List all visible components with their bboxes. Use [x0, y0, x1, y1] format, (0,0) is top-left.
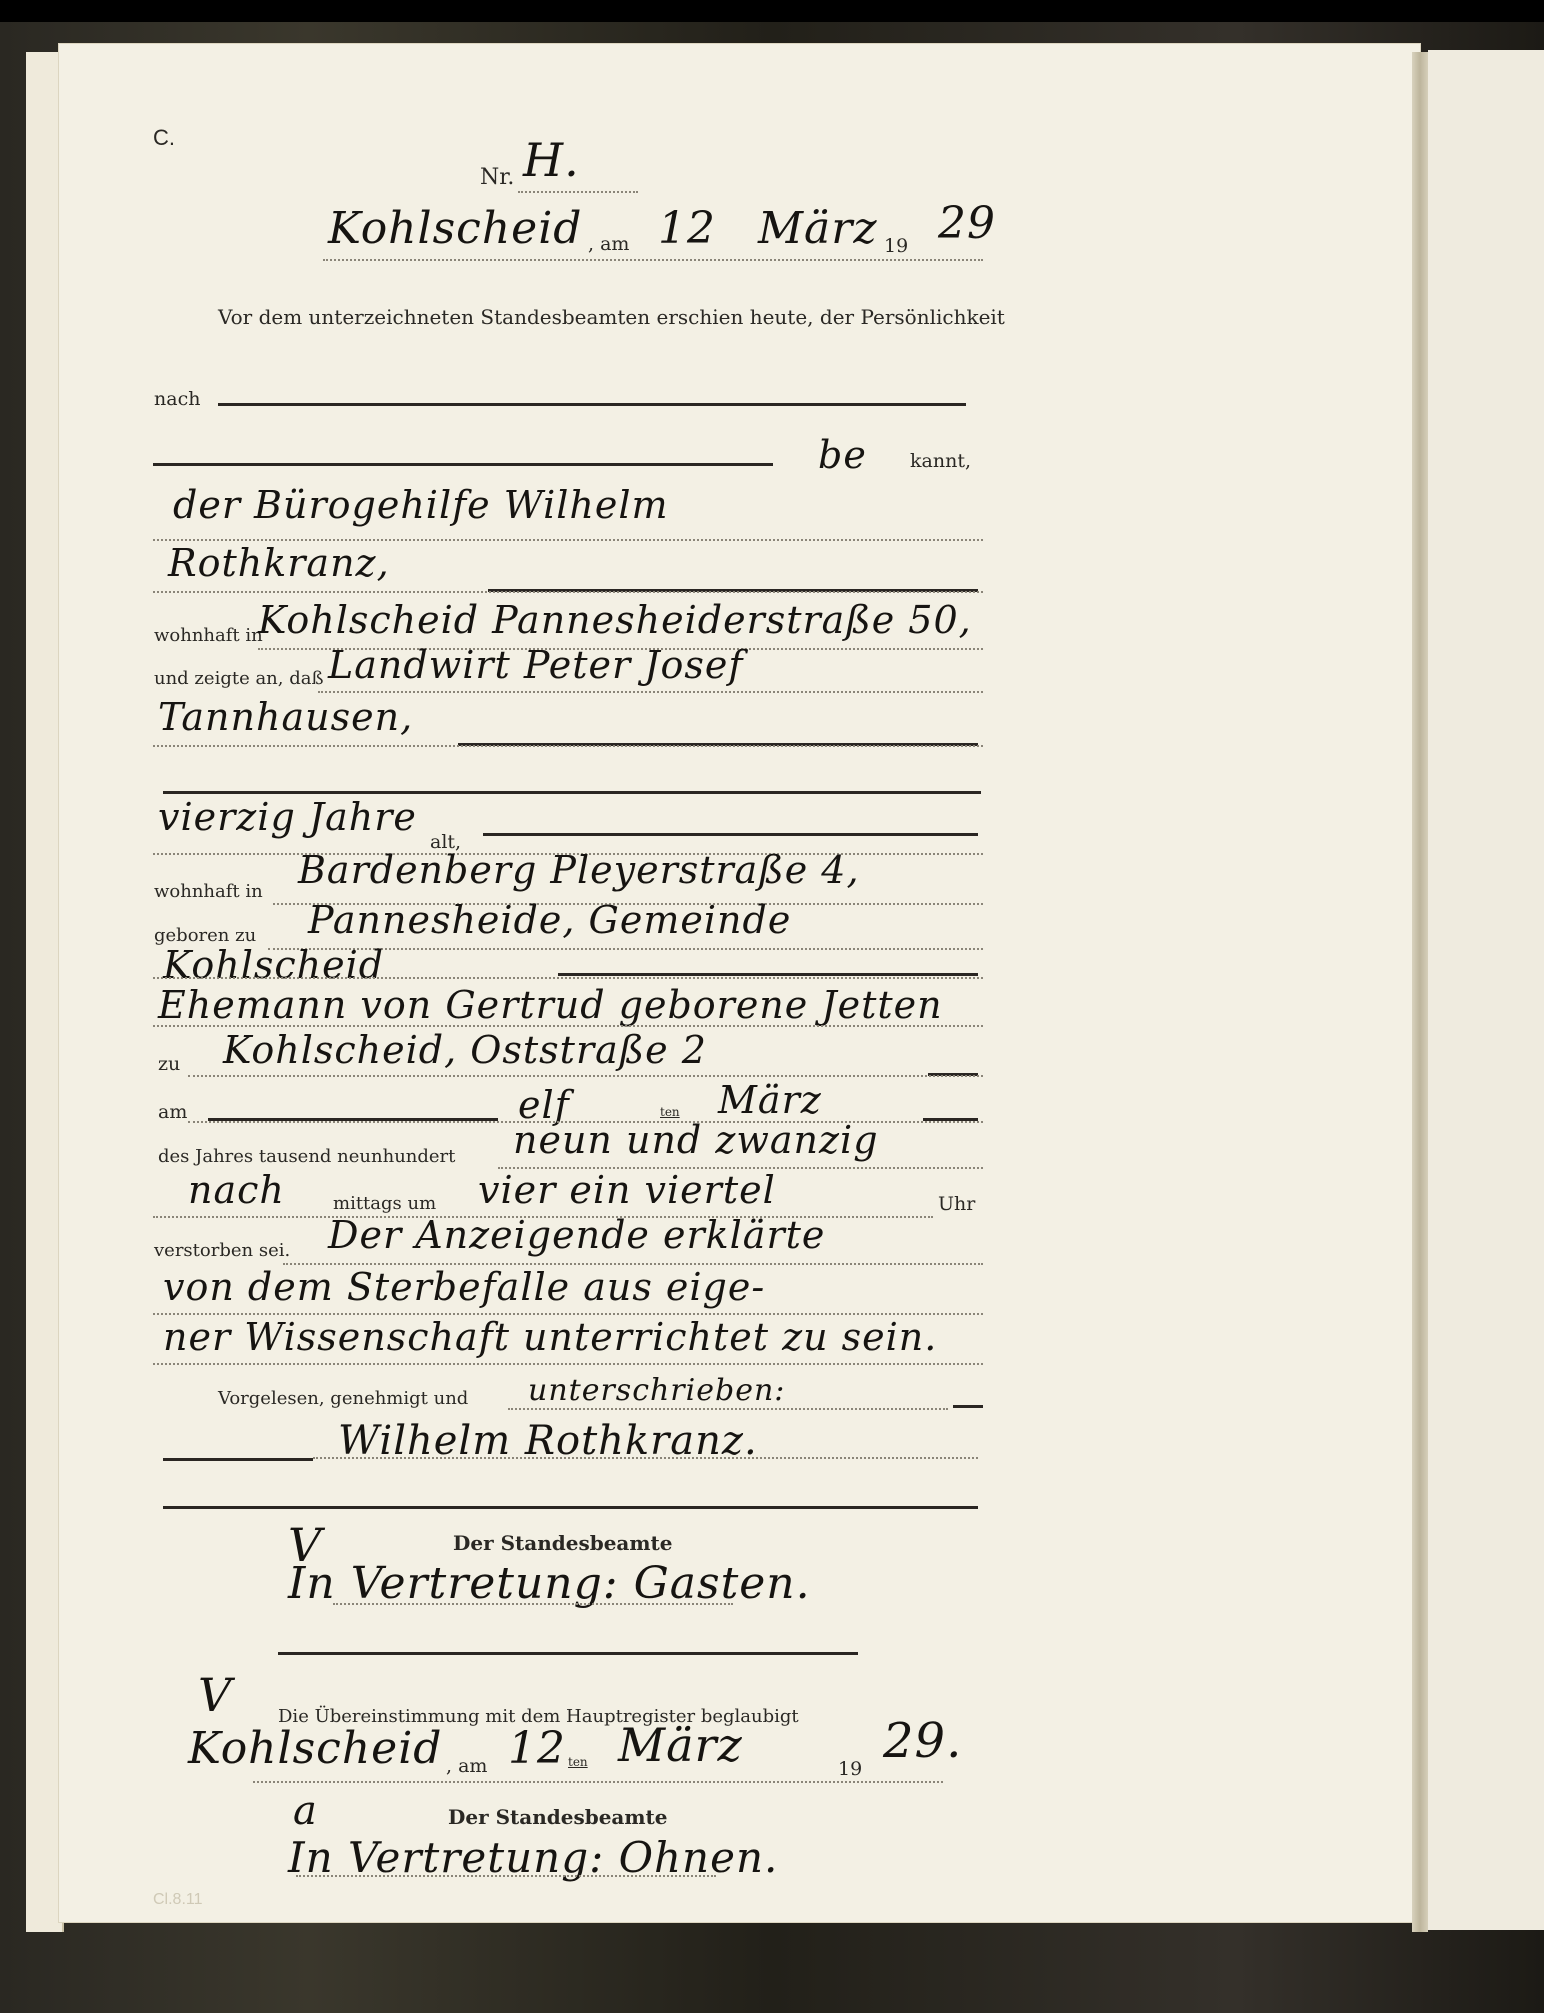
number-line: [518, 191, 638, 193]
bekannt-handwritten: be: [818, 433, 867, 477]
birthplace-strike: [558, 973, 978, 976]
intro-text: Vor dem unterzeichneten Standesbeamten e…: [218, 305, 1005, 329]
record-place: Kohlscheid: [328, 203, 582, 254]
line-cert-date: [253, 1781, 943, 1783]
record-month: März: [758, 203, 878, 254]
cert-am-label: , am: [446, 1755, 487, 1777]
registrar-underline: [278, 1652, 858, 1655]
record-year: 29: [938, 198, 996, 249]
verstorben-label: verstorben sei.: [154, 1240, 290, 1261]
form-letter: C.: [153, 125, 175, 151]
line-birthplace-2: [153, 977, 983, 979]
death-time: vier ein viertel: [478, 1168, 776, 1212]
nach-strike-line: [218, 403, 966, 406]
death-year-words: neun und zwanzig: [513, 1118, 879, 1162]
right-page-edge: [1428, 50, 1544, 1930]
zeigte-label: und zeigte an, daß: [154, 668, 324, 689]
strike-line: [153, 463, 773, 466]
line-deceased-1: [318, 691, 983, 693]
informant-line-2: Rothkranz,: [168, 541, 390, 585]
remark-line-2: von dem Sterbefalle aus eige-: [163, 1265, 765, 1309]
unterschrieben-handwritten: unterschrieben:: [528, 1373, 785, 1408]
cert-initial: V: [198, 1668, 232, 1722]
age-handwritten: vierzig Jahre: [158, 795, 417, 839]
cert-ten-label: ten: [568, 1755, 588, 1769]
window-title-bar: /Abt_Rheinland/PA_3103/~169/16901/R_PA_3…: [0, 0, 1544, 22]
line-death-place: [188, 1075, 983, 1077]
line-registrar: [333, 1603, 733, 1605]
line-remark-3: [153, 1363, 983, 1365]
line-informant-2: [153, 591, 983, 593]
registrar-heading: Der Standesbeamte: [453, 1531, 673, 1555]
cert-day: 12: [508, 1723, 566, 1774]
informant-line-1: der Bürogehilfe Wilhelm: [173, 483, 669, 527]
number-label: Nr.: [480, 165, 514, 190]
registrar-signature: In Vertretung: Gasten.: [288, 1558, 811, 1609]
am-label: , am: [588, 233, 629, 255]
ten-label: ten: [660, 1105, 680, 1119]
blank-strike: [163, 791, 981, 794]
signature-left-strike: [163, 1458, 313, 1461]
faint-form-mark: Cl.8.11: [153, 1891, 203, 1909]
record-day: 12: [658, 203, 716, 254]
line-signature: [313, 1457, 978, 1459]
am-label-2: am: [158, 1101, 187, 1123]
cert-year: 29.: [883, 1713, 962, 1769]
line-spouse: [153, 1025, 983, 1027]
year-prefix: 19: [884, 235, 908, 257]
registrar2-heading: Der Standesbeamte: [448, 1805, 668, 1829]
cert-year-prefix: 19: [838, 1758, 862, 1780]
deceased-line-2: Tannhausen,: [158, 695, 413, 739]
vorgelesen-label: Vorgelesen, genehmigt und: [218, 1388, 468, 1409]
cert-place: Kohlscheid: [188, 1723, 442, 1774]
registrar2-initial: a: [293, 1788, 318, 1834]
unterschrieben-strike: [953, 1405, 983, 1408]
informant-residence: Kohlscheid Pannesheiderstraße 50,: [258, 598, 972, 642]
record-number: H.: [523, 133, 580, 187]
birthplace-line-1: Pannesheide, Gemeinde: [308, 898, 791, 942]
separator-line: [163, 1506, 978, 1509]
death-place: Kohlscheid, Oststraße 2: [223, 1028, 707, 1072]
zu-label: zu: [158, 1053, 180, 1075]
deceased-residence: Bardenberg Pleyerstraße 4,: [298, 848, 860, 892]
nach-label: nach: [154, 388, 200, 410]
year-label: des Jahres tausend neunhundert: [158, 1146, 455, 1167]
deceased-line-1: Landwirt Peter Josef: [328, 643, 743, 687]
mittags-label: mittags um: [333, 1193, 436, 1214]
spouse-line: Ehemann von Gertrud geborene Jetten: [158, 983, 943, 1027]
wohnhaft-label: wohnhaft in: [154, 625, 263, 646]
bekannt-label: kannt,: [910, 450, 971, 472]
wohnhaft2-label: wohnhaft in: [154, 881, 263, 902]
line-vorgelesen: [508, 1408, 948, 1410]
remark-line-1: Der Anzeigende erklärte: [328, 1213, 825, 1257]
birthplace-line-2: Kohlscheid: [163, 943, 384, 987]
nach-handwritten: nach: [188, 1168, 285, 1212]
place-date-line: [323, 259, 983, 261]
book-gutter: [1412, 52, 1428, 1932]
line-registrar2: [296, 1875, 716, 1877]
age-strike: [483, 833, 978, 836]
uhr-label: Uhr: [938, 1193, 975, 1215]
cert-month: März: [618, 1718, 743, 1772]
remark-line-3: ner Wissenschaft unterrichtet zu sein.: [163, 1315, 937, 1359]
death-month: März: [718, 1078, 822, 1122]
line-deceased-2: [153, 745, 983, 747]
register-page: C. Nr. H. Kohlscheid , am 12 März 19 29 …: [58, 43, 1421, 1923]
